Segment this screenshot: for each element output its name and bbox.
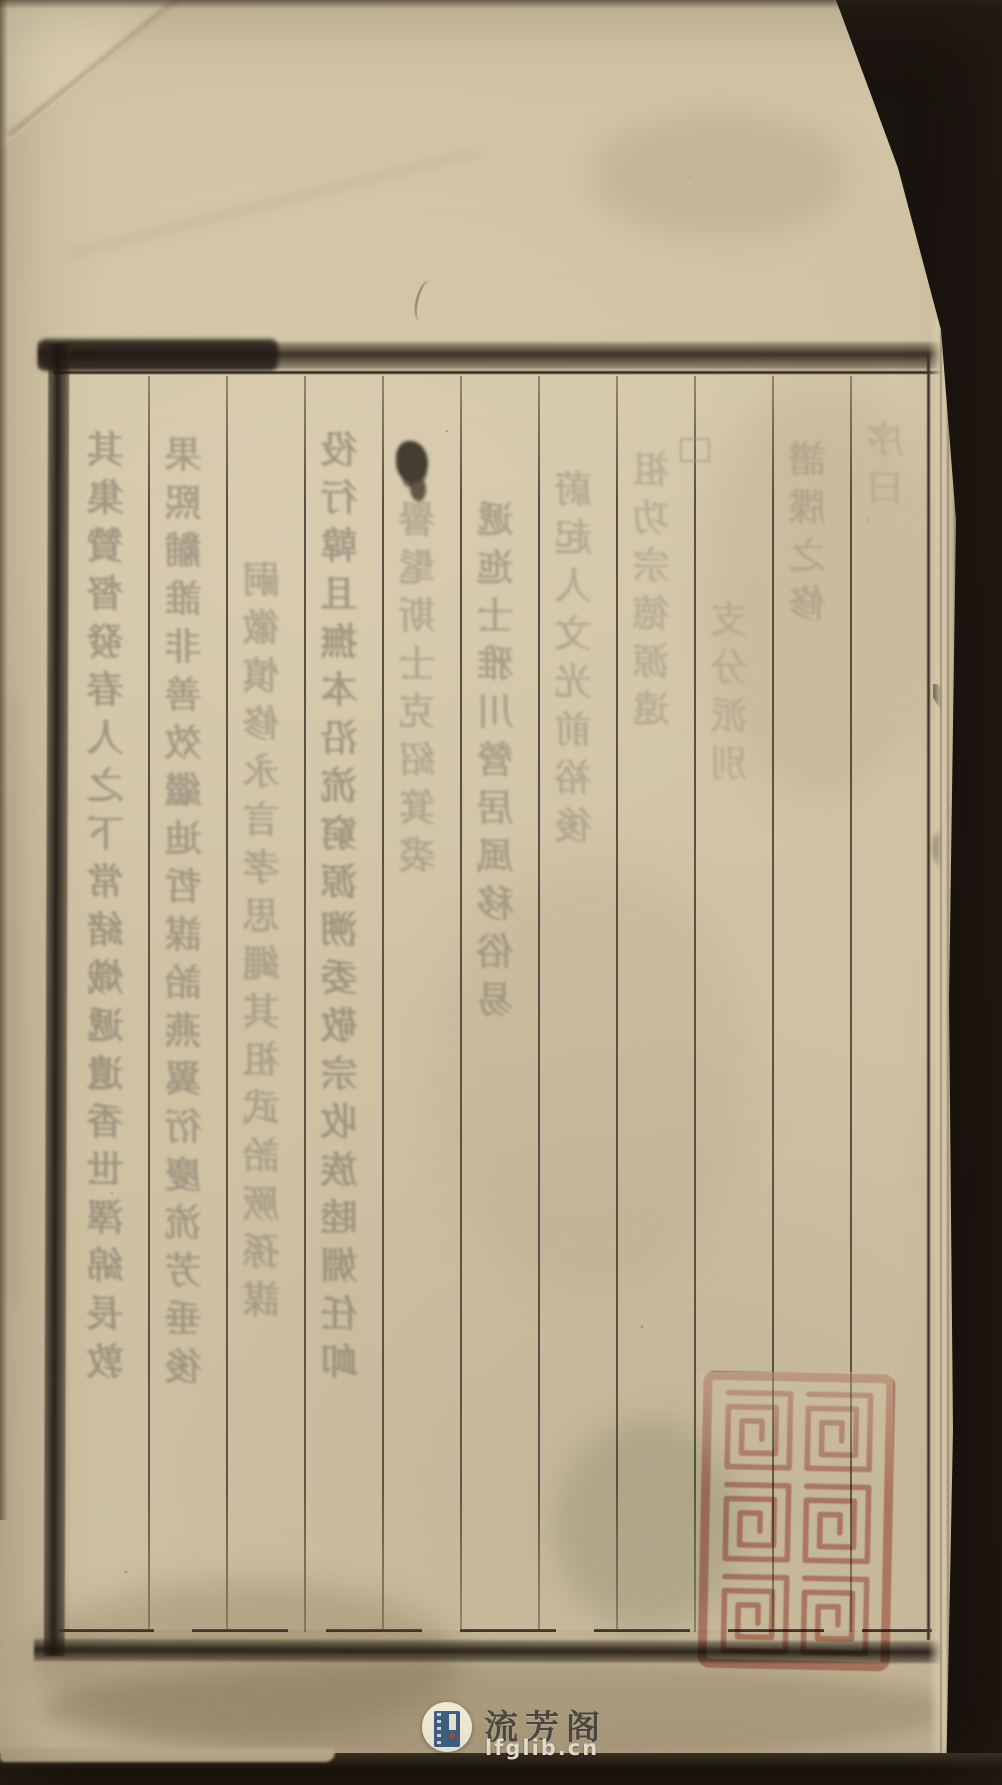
book-title-slip-icon [449,1714,456,1730]
book-icon [434,1711,460,1747]
page-edge-top-shadow [0,0,1002,9]
book-seal-dot-icon [450,1733,455,1738]
crease-line [10,700,15,1300]
site-watermark: 流芳阁 lfglib.cn [422,1700,682,1762]
faint-mark [680,438,710,462]
page-bottom-edge [0,1748,335,1762]
book-stitch-icon [437,1713,441,1745]
frame-border-top-heavy [38,339,278,371]
seal-fade-overlay [700,1372,893,1492]
ink-smudge [396,441,428,483]
watermark-circle [422,1702,472,1752]
watermark-domain-text: lfglib.cn [485,1736,599,1760]
scanned-book-page: 其集贊督發春人之下常緒熾遞遺香世澤綿長敦果熙黼誰非善效繼迪哲謀詒燕翼衍慶流芳垂後… [0,0,1002,1785]
page-edge-left-shadow [0,0,8,1520]
